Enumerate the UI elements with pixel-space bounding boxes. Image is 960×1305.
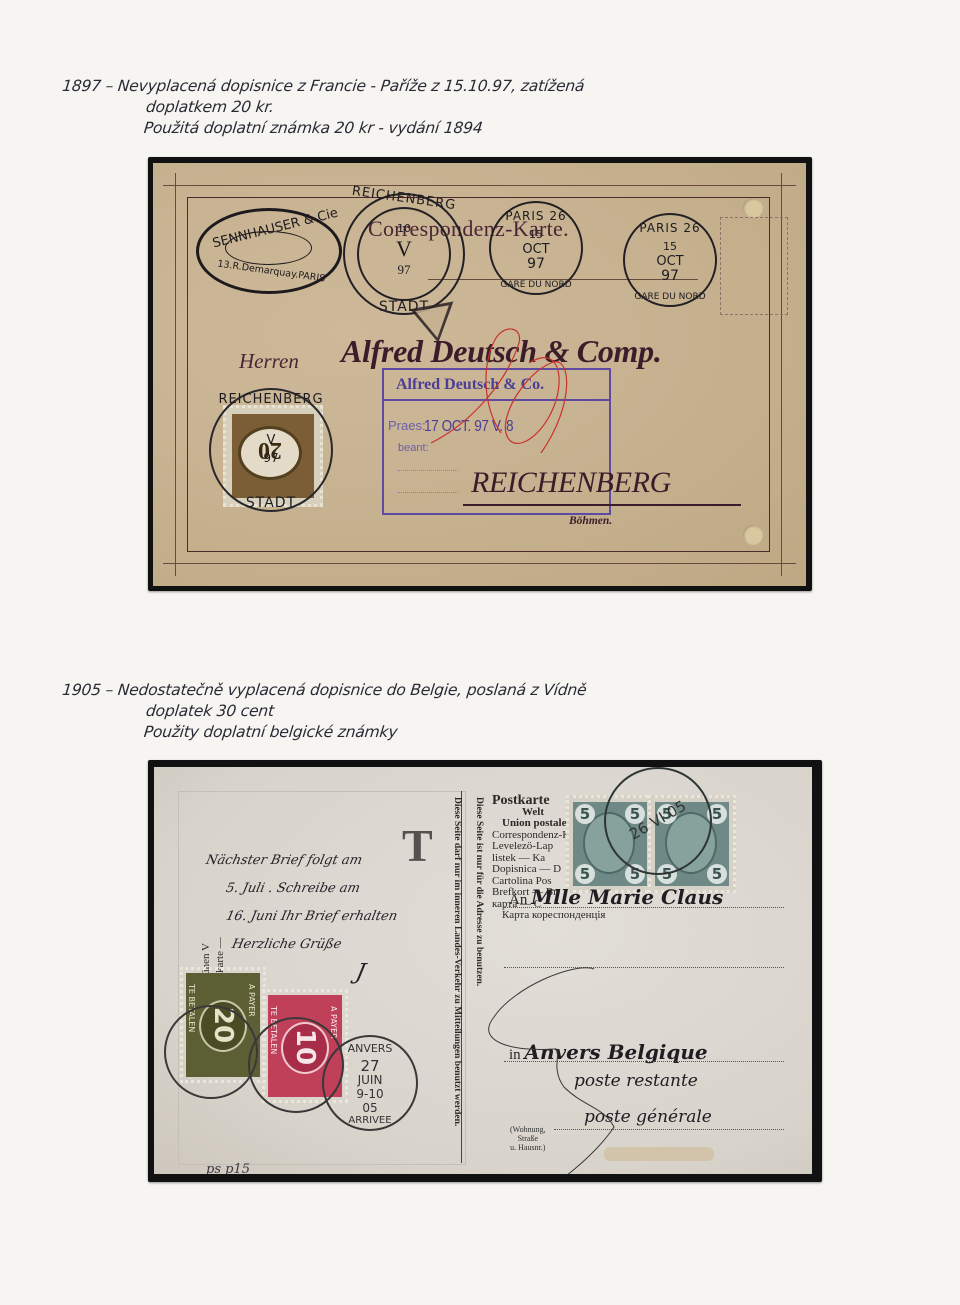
pen-stroke bbox=[454, 957, 654, 1174]
caption-line: Použitá doplatní známka 20 kr - vydání 1… bbox=[57, 118, 581, 139]
city-underline bbox=[463, 504, 741, 506]
punch-hole bbox=[743, 525, 763, 545]
destination-region: Böhmen. bbox=[569, 515, 612, 527]
postcard-1905-mount: Diese Seite darf nur im inneren Landes-V… bbox=[148, 760, 822, 1182]
caption-1905: 1905 – Nedostatečně vyplacená dopisnice … bbox=[57, 680, 588, 743]
frame-line bbox=[163, 185, 796, 186]
postmark-top: ANVERS bbox=[324, 1041, 416, 1056]
receipt-dotline bbox=[398, 470, 458, 471]
receipt-dotline bbox=[398, 492, 458, 493]
postmark-month: OCT bbox=[491, 243, 581, 257]
postmark-roman: V bbox=[345, 237, 463, 260]
postmark-date: 26 VI 05 bbox=[609, 788, 707, 853]
caption-line: Použity doplatní belgické známky bbox=[57, 722, 583, 743]
postmark-month: JUIN bbox=[324, 1073, 416, 1088]
postmark-bottom: ARRIVEE bbox=[324, 1113, 416, 1128]
language-line: Карта кореспонденцiя bbox=[492, 910, 605, 922]
postmark-paris-2: PARIS 26 15 OCT 97 GARE DU NORD bbox=[623, 213, 717, 307]
stamp-side-text: A PAYER bbox=[247, 984, 256, 1017]
salutation: Herren bbox=[239, 349, 299, 374]
postmark-vienna: 26 VI 05 bbox=[604, 767, 712, 875]
postmark-reichenberg-stamp: REICHENBERG V 97 STADT bbox=[209, 388, 333, 512]
message-line: 16. Juni Ihr Brief erhalten bbox=[203, 903, 400, 931]
postmark-year: 97 bbox=[625, 269, 715, 284]
stamp-placeholder-box bbox=[720, 217, 788, 315]
postmark-month: OCT bbox=[625, 255, 715, 269]
postmark-day: 10 bbox=[345, 223, 463, 235]
postmark-year: 97 bbox=[211, 452, 331, 465]
message-line: Herzliche Grüße bbox=[203, 931, 400, 959]
postcard-1897-mount: Correspondenz-Karte. SENNHAUSER & Cie 13… bbox=[148, 157, 812, 591]
address-line-recipient: An Mlle Marie Claus bbox=[509, 885, 723, 909]
caption-1897: 1897 – Nevyplacená dopisnice z Francie -… bbox=[57, 76, 586, 139]
postmark-top: PARIS 26 bbox=[491, 209, 581, 223]
handwritten-message: Nächster Brief folgt am 5. Juli . Schrei… bbox=[206, 847, 397, 987]
caption-line: doplatek 30 cent bbox=[59, 701, 585, 722]
sender-cachet: SENNHAUSER & Cie 13.R.Demarquay.PARIS bbox=[196, 208, 342, 294]
postmark-top: PARIS 26 bbox=[625, 221, 715, 235]
address-dotline bbox=[504, 907, 784, 908]
destination-city: REICHENBERG bbox=[471, 466, 671, 500]
postcard-1897: Correspondenz-Karte. SENNHAUSER & Cie 13… bbox=[153, 163, 806, 586]
postmark-bottom: GARE DU NORD bbox=[491, 280, 581, 290]
stamp-value: 5 bbox=[575, 864, 595, 884]
postmark-anvers-arrivee: ANVERS 27 JUIN 9-10 05 ARRIVEE bbox=[322, 1035, 418, 1131]
postmark-day: 27 bbox=[324, 1059, 416, 1074]
postmark-day: 15 bbox=[625, 241, 715, 253]
postmark-paris-1: PARIS 26 15 OCT 97 GARE DU NORD bbox=[489, 201, 583, 295]
postmark-roman: V bbox=[211, 434, 331, 448]
postcard-1905: Diese Seite darf nur im inneren Landes-V… bbox=[154, 767, 812, 1174]
message-line: 5. Juli . Schreibe am bbox=[203, 875, 400, 903]
postmark-top: REICHENBERG bbox=[211, 392, 331, 407]
postmark-reichenberg: REICHENBERG 10 V 97 STADT bbox=[343, 193, 465, 315]
caption-line: 1905 – Nedostatečně vyplacená dopisnice … bbox=[61, 680, 587, 701]
tax-mark-T: T bbox=[402, 819, 433, 872]
postmark-bottom: GARE DU NORD bbox=[625, 292, 715, 302]
an-label: An bbox=[509, 892, 527, 908]
recipient-name: Mlle Marie Claus bbox=[531, 885, 723, 909]
message-line: Nächster Brief folgt am bbox=[203, 847, 400, 875]
postmark-hour: 9-10 bbox=[324, 1087, 416, 1102]
caption-line: 1897 – Nevyplacená dopisnice z Francie -… bbox=[61, 76, 585, 97]
punch-hole bbox=[743, 198, 763, 218]
postmark-bottom: STADT bbox=[211, 495, 331, 511]
postmark-year: 97 bbox=[491, 257, 581, 272]
postmark-day: 15 bbox=[491, 229, 581, 241]
frame-line bbox=[163, 563, 796, 564]
red-crayon-annotation bbox=[411, 313, 571, 463]
postmark-year: 97 bbox=[345, 263, 463, 277]
stamp-value: 5 bbox=[707, 864, 727, 884]
pencil-note: ps p15 bbox=[206, 1162, 250, 1174]
caption-line: doplatkem 20 kr. bbox=[59, 97, 583, 118]
frame-line bbox=[175, 173, 176, 576]
postmark-anvers-1 bbox=[164, 1005, 258, 1099]
stamp-value: 5 bbox=[575, 804, 595, 824]
